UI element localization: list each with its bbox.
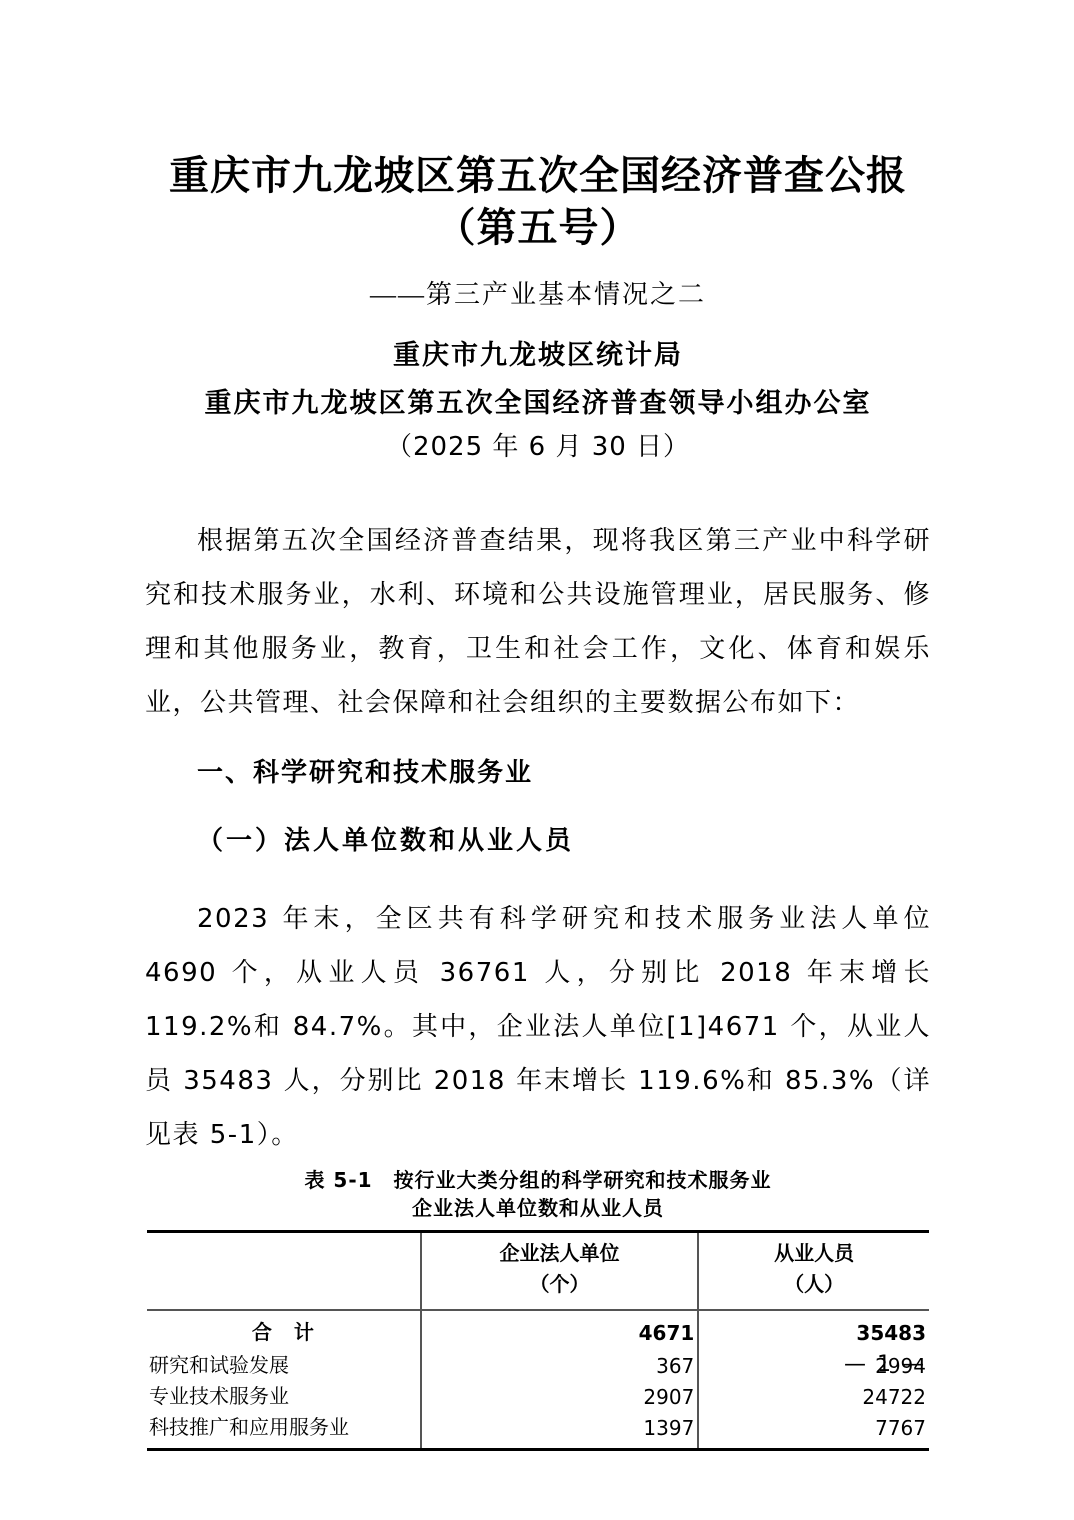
row-units-value: 4671: [421, 1310, 699, 1351]
paragraph-statistics: 2023 年末，全区共有科学研究和技术服务业法人单位 4690 个，从业人员 3…: [145, 892, 931, 1162]
header-units-line1: 企业法人单位: [422, 1239, 698, 1270]
table-caption-line1: 表 5-1 按行业大类分组的科学研究和技术服务业: [145, 1166, 931, 1194]
table-row: 科技推广和应用服务业 1397 7767: [147, 1413, 929, 1450]
document-content: 重庆市九龙坡区第五次全国经济普查公报 （第五号） ——第三产业基本情况之二 重庆…: [145, 0, 931, 1451]
header-persons-line1: 从业人员: [699, 1239, 929, 1270]
table-5-1: 企业法人单位 （个） 从业人员 （人） 合 计 4671 35483 研究和试验…: [147, 1230, 929, 1451]
header-persons-line2: （人）: [699, 1270, 929, 1301]
row-units-value: 2907: [421, 1382, 699, 1413]
table-row: 研究和试验发展 367 2994: [147, 1351, 929, 1382]
publish-date: （2025 年 6 月 30 日）: [145, 430, 931, 464]
row-label: 科技推广和应用服务业: [147, 1413, 421, 1450]
paragraph-intro: 根据第五次全国经济普查结果，现将我区第三产业中科学研究和技术服务业，水利、环境和…: [145, 514, 931, 730]
section-heading-1: 一、科学研究和技术服务业: [145, 746, 931, 800]
table-body: 合 计 4671 35483 研究和试验发展 367 2994 专业技术服务业 …: [147, 1310, 929, 1450]
table-row: 合 计 4671 35483: [147, 1310, 929, 1351]
document-page: 重庆市九龙坡区第五次全国经济普查公报 （第五号） ——第三产业基本情况之二 重庆…: [0, 0, 1074, 1520]
page-number: — 1 —: [844, 1352, 926, 1377]
row-persons-value: 24722: [698, 1382, 929, 1413]
header-units-cell: 企业法人单位 （个）: [421, 1232, 699, 1311]
table-caption-line2: 企业法人单位数和从业人员: [145, 1194, 931, 1222]
issuing-org-2: 重庆市九龙坡区第五次全国经济普查领导小组办公室: [145, 386, 931, 420]
row-label: 专业技术服务业: [147, 1382, 421, 1413]
header-persons-cell: 从业人员 （人）: [698, 1232, 929, 1311]
row-persons-value: 35483: [698, 1310, 929, 1351]
row-units-value: 367: [421, 1351, 699, 1382]
row-label: 研究和试验发展: [147, 1351, 421, 1382]
document-title-line1: 重庆市九龙坡区第五次全国经济普查公报: [145, 150, 931, 202]
document-title: 重庆市九龙坡区第五次全国经济普查公报 （第五号）: [145, 150, 931, 254]
section-heading-1-1: （一）法人单位数和从业人员: [145, 814, 931, 868]
row-units-value: 1397: [421, 1413, 699, 1450]
row-persons-value: 7767: [698, 1413, 929, 1450]
table-row: 专业技术服务业 2907 24722: [147, 1382, 929, 1413]
header-blank-cell: [147, 1232, 421, 1311]
row-label: 合 计: [147, 1310, 421, 1351]
table-caption: 表 5-1 按行业大类分组的科学研究和技术服务业 企业法人单位数和从业人员: [145, 1166, 931, 1222]
document-title-line2: （第五号）: [145, 202, 931, 254]
document-subtitle: ——第三产业基本情况之二: [145, 278, 931, 312]
table-header: 企业法人单位 （个） 从业人员 （人）: [147, 1232, 929, 1311]
issuing-org-1: 重庆市九龙坡区统计局: [145, 338, 931, 372]
header-units-line2: （个）: [422, 1270, 698, 1301]
